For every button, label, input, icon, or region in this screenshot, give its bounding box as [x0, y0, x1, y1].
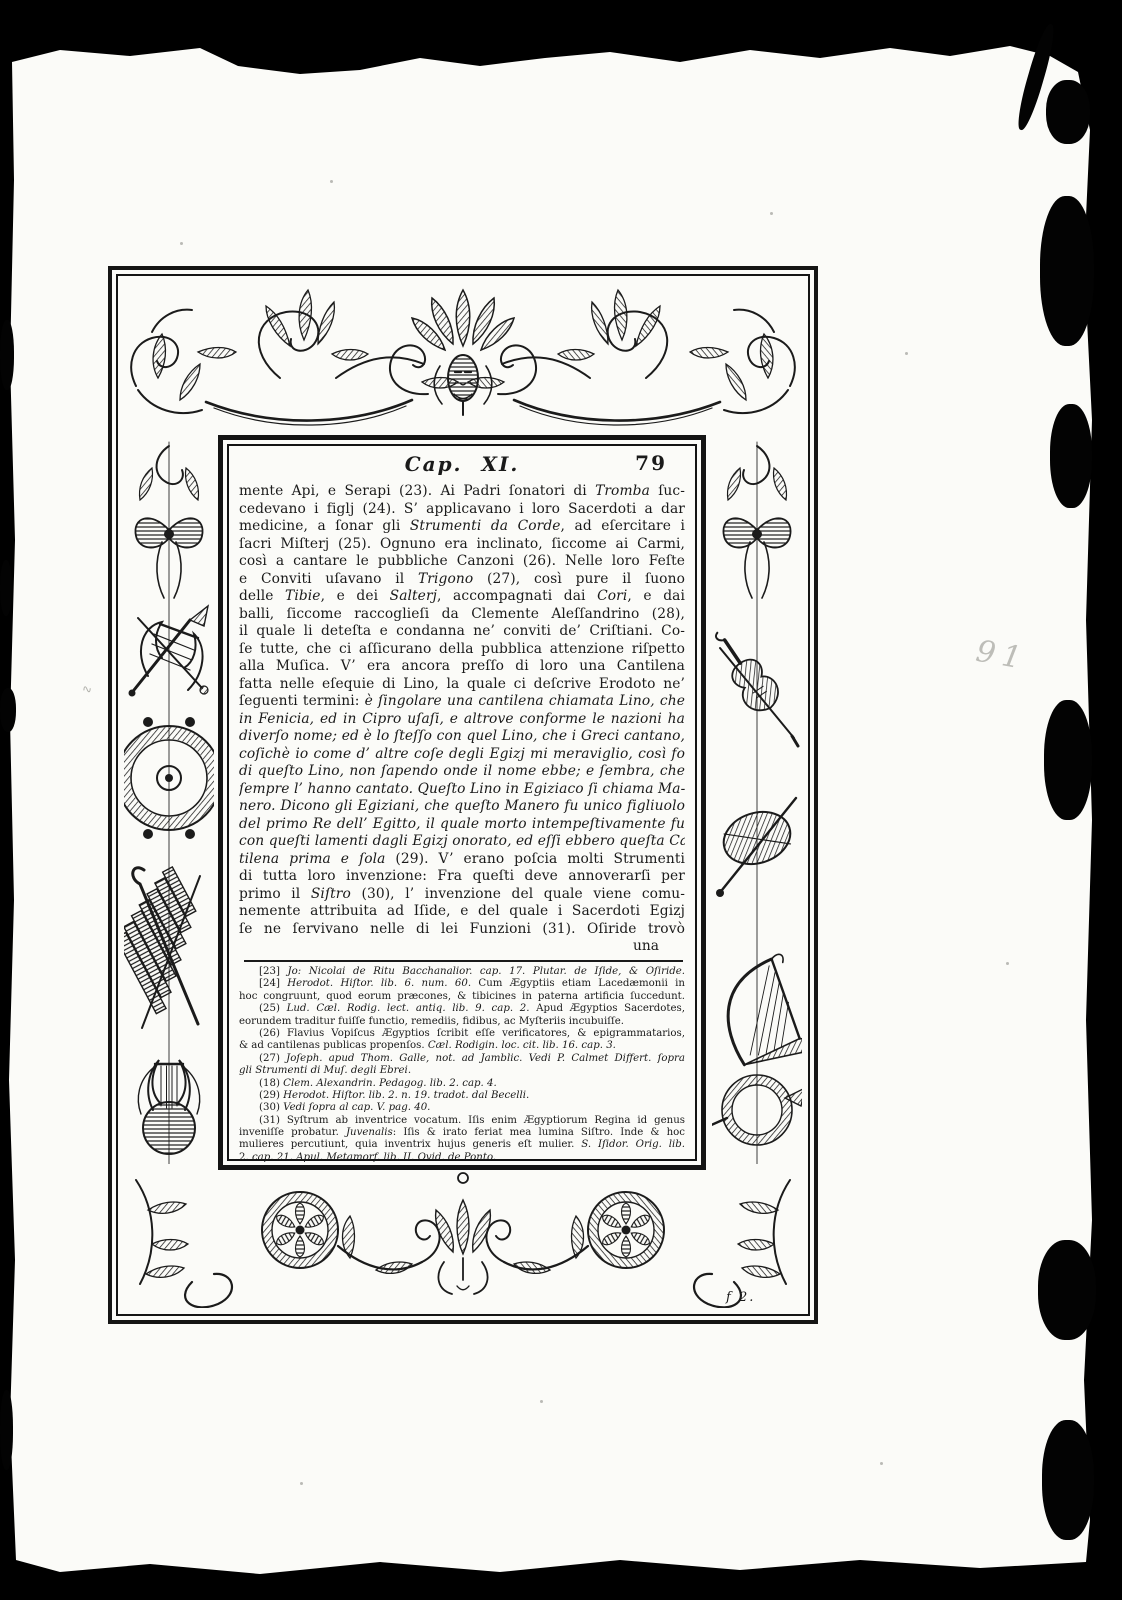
body-line: di tutta loro invenzione: Fra queſti dev… — [239, 868, 685, 886]
text-segment: nemente attribuita ad Iſide, e del quale… — [239, 903, 685, 919]
text-segment: (30), l’ invenzione del quale viene comu… — [351, 886, 685, 902]
page-number: 79 — [635, 451, 667, 475]
footnote-line: (26) Flavius Vopiſcus Ægyptios ſcribit e… — [239, 1028, 685, 1040]
body-line: ſe tutte, che ci aſſicurano della pubbli… — [239, 641, 685, 659]
ink-blotch — [0, 688, 16, 732]
text-segment: mulieres percutiunt, quia inventrix huju… — [239, 1139, 581, 1150]
body-line: balli, ſiccome raccoglieſi da Clemente A… — [239, 606, 685, 624]
body-line: ſe ne ſervivano nelle di lei Funzioni (3… — [239, 921, 685, 939]
footnote-line: 2. cap. 21. Apul. Metamorf. lib. II. Ovi… — [239, 1152, 685, 1164]
paper-speck — [540, 1400, 543, 1403]
text-segment: (26) Flavius Vopiſcus Ægyptios ſcribit e… — [259, 1028, 685, 1039]
body-line: primo il Siſtro (30), l’ invenzione del … — [239, 886, 685, 904]
tambourine — [124, 717, 214, 839]
text-segment: primo il — [239, 886, 311, 902]
text-segment: Jo: Nicolai de Ritu Bacchanalior. cap. 1… — [288, 966, 685, 977]
text-segment: così a cantare le pubbliche Canzoni (26)… — [239, 553, 685, 569]
ink-blotch — [1040, 196, 1094, 346]
bottom-border-engraving-acanthus-rosettes — [122, 1166, 804, 1308]
body-line: tilena prima e ſola (29). V’ erano poſci… — [239, 851, 685, 869]
text-segment: S. Iſidor. Orig. lib. — [581, 1139, 685, 1150]
text-segment: fatta nelle eſequie di Lino, la quale ci… — [239, 676, 685, 692]
footnotes: [23] Jo: Nicolai de Ritu Bacchanalior. c… — [239, 966, 685, 1164]
text-segment: nero. Dicono gli Egiziani, che queſto Ma… — [239, 798, 685, 814]
text-segment: di tutta loro invenzione: Fra queſti dev… — [239, 868, 685, 884]
text-segment: mente Api, e Serapi (23). Ai Padri ſonat… — [239, 483, 595, 499]
ink-blotch — [0, 1390, 13, 1470]
chapter-heading: Cap. XI. — [239, 452, 685, 476]
ink-blotch — [1044, 700, 1092, 820]
text-segment: Herodot. Hiſtor. lib. 2. n. 19. tradot. … — [283, 1090, 529, 1101]
paper-speck — [905, 352, 908, 355]
body-line: alla Muſica. V’ era ancora preſſo di lor… — [239, 658, 685, 676]
footnote-line: gli Strumenti di Muſ. degli Ebrei. — [239, 1065, 685, 1077]
text-segment: Vedi ſopra al cap. V. pag. 40. — [283, 1102, 430, 1113]
body-line: coſichè io come d’ altre coſe degli Egiz… — [239, 746, 685, 764]
violin-and-bow — [712, 622, 798, 746]
body-line: delle Tibie, e dei Salterj, accompagnati… — [239, 588, 685, 606]
body-line: medicine, a ſonar gli Strumenti da Corde… — [239, 518, 685, 536]
paper-speck — [1006, 962, 1009, 965]
footnote-line: (31) Syſtrum ab inventrice vocatum. Iſis… — [239, 1115, 685, 1127]
text-segment: cap. 21. Apul. Metamorf. lib. II. Ovid. … — [252, 1152, 496, 1163]
body-line: fatta nelle eſequie di Lino, la quale ci… — [239, 676, 685, 694]
body-line: nero. Dicono gli Egiziani, che queſto Ma… — [239, 798, 685, 816]
text-segment: , accompagnati dai — [437, 588, 597, 604]
text-segment: , ad eſercitare i — [561, 518, 685, 534]
text-segment: : Iſis & irato feriat mea lumina Siſtro.… — [393, 1127, 685, 1138]
text-segment: medicine, a ſonar gli — [239, 518, 410, 534]
text-segment: è ſingolare una cantilena chiamata Lino,… — [365, 693, 685, 709]
paper-speck — [300, 1482, 303, 1485]
text-segment: (29) — [259, 1090, 283, 1101]
body-line: con queſti lamenti dagli Egizj onorato, … — [239, 833, 685, 851]
central-palmette — [436, 1173, 491, 1294]
text-segment: Joſeph. apud Thom. Galle, not. ad Jambli… — [286, 1053, 685, 1064]
mask-face — [412, 290, 514, 415]
body-line: di queſto Lino, non ſapendo onde il nome… — [239, 763, 685, 781]
text-segment: gli Strumenti di Muſ. degli Ebrei. — [239, 1065, 411, 1076]
body-line: del primo Re dell’ Egitto, il quale mort… — [239, 816, 685, 834]
paper-speck — [330, 180, 333, 183]
footnote-line: mulieres percutiunt, quia inventrix huju… — [239, 1139, 685, 1151]
text-segment: coſichè io come d’ altre coſe degli Egiz… — [239, 746, 685, 762]
lyre-and-horn-trophy — [129, 606, 209, 697]
ink-blotch — [0, 560, 12, 616]
text-segment: [24] — [259, 978, 287, 989]
text-segment: (25) — [259, 1003, 287, 1014]
text-segment: 2. — [239, 1152, 252, 1163]
footnote-line: (18) Clem. Alexandrin. Pedagog. lib. 2. … — [239, 1078, 685, 1090]
text-segment: , e dei — [321, 588, 390, 604]
text-segment: di queſto Lino, non ſapendo onde il nome… — [239, 763, 685, 779]
panpipes — [124, 867, 214, 1014]
text-segment: (18) — [259, 1078, 283, 1089]
text-segment: (27) — [259, 1053, 286, 1064]
text-segment: Apud Ægyptios Sacerdotes, — [529, 1003, 685, 1014]
text-segment: ſempre l’ hanno cantato. Queſto Lino in … — [239, 781, 685, 797]
paper-speck — [880, 1462, 883, 1465]
text-segment: Herodot. Hiſtor. lib. 6. num. 60. — [287, 978, 471, 989]
text-segment: inveniſſe probatur. — [239, 1127, 346, 1138]
text-segment: tilena prima e ſola — [239, 851, 385, 867]
text-segment: ſe tutte, che ci aſſicurano della pubbli… — [239, 641, 685, 657]
text-segment: ſe ne ſervivano nelle di lei Funzioni (3… — [239, 921, 685, 937]
text-segment: Salterj — [390, 588, 437, 604]
ink-blotch — [1042, 1420, 1094, 1540]
top-border-engraving-mask-acanthus — [122, 282, 804, 434]
text-segment: alla Muſica. V’ era ancora preſſo di lor… — [239, 658, 685, 674]
text-segment: il quale li deteſta e condanna ne’ convi… — [239, 623, 685, 639]
text-segment: Trigono — [418, 571, 473, 587]
text-segment: Lud. Cæl. Rodig. lect. antiq. lib. 9. ca… — [287, 1003, 530, 1014]
body-line: mente Api, e Serapi (23). Ai Padri ſonat… — [239, 483, 685, 501]
left-border-engraving-instrument-trophy — [124, 438, 214, 1164]
text-segment: Siſtro — [311, 886, 351, 902]
text-segment: hoc congruunt, quod eorum præcones, & ti… — [239, 991, 685, 1002]
harp — [715, 953, 802, 1068]
catchword: una — [239, 938, 685, 954]
paper-speck — [770, 212, 773, 215]
text-segment: ſuc- — [650, 483, 685, 499]
text-segment: Cum Ægyptiis etiam Lacedæmonii in — [471, 978, 685, 989]
text-segment: (29). V’ erano poſcia molti Strumenti — [385, 851, 685, 867]
ink-blotch — [1038, 1240, 1096, 1340]
text-segment: Tromba — [595, 483, 650, 499]
footnote-line: inveniſſe probatur. Juvenalis: Iſis & ir… — [239, 1127, 685, 1139]
ink-blotch — [1050, 404, 1092, 508]
text-segment: & ad cantilenas publicas propenſos. — [239, 1040, 428, 1051]
engraved-border-frame: Cap. XI. 79 mente Api, e Serapi (23). Ai… — [108, 266, 818, 1324]
footnote-line: hoc congruunt, quod eorum præcones, & ti… — [239, 991, 685, 1003]
body-line: cedevano i figlj (24). S’ applicavano i … — [239, 501, 685, 519]
footnote-line: (25) Lud. Cæl. Rodig. lect. antiq. lib. … — [239, 1003, 685, 1015]
footnote-line: [23] Jo: Nicolai de Ritu Bacchanalior. c… — [239, 966, 685, 978]
body-line: ſeguenti termini: è ſingolare una cantil… — [239, 693, 685, 711]
running-head: Cap. XI. 79 — [239, 452, 685, 478]
paper-speck — [180, 242, 183, 245]
body-line: in Fenicia, ed in Cipro uſaſi, e altrove… — [239, 711, 685, 729]
text-segment: Juvenalis — [346, 1127, 393, 1138]
footnote-line: (30) Vedi ſopra al cap. V. pag. 40. — [239, 1102, 685, 1114]
body-text: mente Api, e Serapi (23). Ai Padri ſonat… — [239, 483, 685, 938]
text-segment: Cæl. Rodigin. loc. cit. lib. 16. cap. 3. — [428, 1040, 616, 1051]
body-line: nemente attribuita ad Iſide, e del quale… — [239, 903, 685, 921]
text-segment: eorundem traditur fuiſſe functio, remedi… — [239, 1016, 624, 1027]
footnote-rule — [244, 960, 683, 962]
text-segment: in Fenicia, ed in Cipro uſaſi, e altrove… — [239, 711, 685, 727]
body-line: il quale li deteſta e condanna ne’ convi… — [239, 623, 685, 641]
right-border-engraving-instrument-trophy — [712, 438, 802, 1164]
text-segment: Cori — [597, 588, 627, 604]
ink-blotch — [1046, 80, 1090, 144]
footnote-line: & ad cantilenas publicas propenſos. Cæl.… — [239, 1040, 685, 1052]
footnote-line: (27) Joſeph. apud Thom. Galle, not. ad J… — [239, 1053, 685, 1065]
text-segment: del primo Re dell’ Egitto, il quale mort… — [239, 816, 685, 832]
body-line: ſacri Miſterj (25). Ognuno era inclinato… — [239, 536, 685, 554]
footnote-line: eorundem traditur fuiſſe functio, remedi… — [239, 1016, 685, 1028]
footnote-line: (29) Herodot. Hiſtor. lib. 2. n. 19. tra… — [239, 1090, 685, 1102]
text-segment: [23] — [259, 966, 288, 977]
text-segment: ſacri Miſterj (25). Ognuno era inclinato… — [239, 536, 685, 552]
body-line: diverſo nome; ed è lo ſteſſo con quel Li… — [239, 728, 685, 746]
text-segment: cedevano i figlj (24). S’ applicavano i … — [239, 501, 685, 517]
text-segment: diverſo nome; ed è lo ſteſſo con quel Li… — [239, 728, 685, 744]
rosette — [262, 1192, 338, 1268]
text-segment: Strumenti da Corde — [410, 518, 561, 534]
text-segment: delle — [239, 588, 285, 604]
text-segment: (30) — [259, 1102, 283, 1113]
ink-blotch — [0, 320, 14, 390]
text-segment: ſeguenti termini: — [239, 693, 365, 709]
text-segment: Tibie — [285, 588, 321, 604]
footnote-line: [24] Herodot. Hiſtor. lib. 6. num. 60. C… — [239, 978, 685, 990]
text-segment: Clem. Alexandrin. Pedagog. lib. 2. cap. … — [283, 1078, 497, 1089]
text-segment: , e dai — [627, 588, 685, 604]
body-line: così a cantare le pubbliche Canzoni (26)… — [239, 553, 685, 571]
scanned-book-page: Cap. XI. 79 mente Api, e Serapi (23). Ai… — [0, 0, 1122, 1600]
text-segment: (31) Syſtrum ab inventrice vocatum. Iſis… — [259, 1115, 685, 1126]
text-segment: e Conviti uſavano il — [239, 571, 418, 587]
body-line: e Conviti uſavano il Trigono (27), così … — [239, 571, 685, 589]
text-segment: (27), così pure il ſuono — [473, 571, 685, 587]
text-box: Cap. XI. 79 mente Api, e Serapi (23). Ai… — [218, 435, 706, 1170]
body-line: ſempre l’ hanno cantato. Queſto Lino in … — [239, 781, 685, 799]
text-segment: con queſti lamenti dagli Egizj onorato, … — [239, 833, 685, 849]
pencil-mark: ∿ — [81, 681, 93, 697]
text-segment: balli, ſiccome raccoglieſi da Clemente A… — [239, 606, 685, 622]
signature-mark: f 2. — [726, 1290, 755, 1305]
